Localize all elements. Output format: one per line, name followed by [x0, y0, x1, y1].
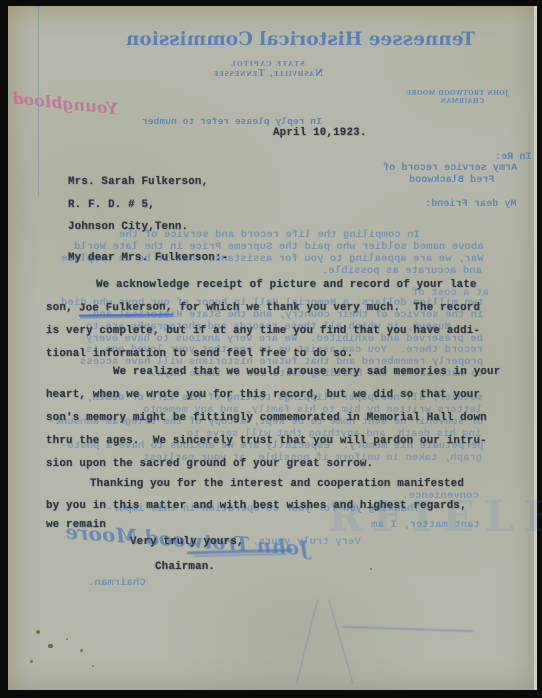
body-line: we remain	[46, 519, 106, 531]
recipient-city: Johnson City,Tenn.	[68, 221, 188, 233]
stain-spot	[48, 644, 53, 648]
body-line-underlined: son, Joe Fulkerson, for which we thank y…	[46, 302, 480, 316]
body-line: by you in this matter and with best wish…	[46, 500, 467, 512]
closing-line: Very truly yours,	[130, 536, 244, 548]
signature-title: Chairman.	[155, 561, 215, 573]
body-line: tional information to send feel free to …	[46, 348, 353, 360]
faint-stamp-letters: RFIELB	[328, 511, 542, 523]
pencil-dash-line	[343, 626, 473, 633]
body-line: We realized that we would arouse very sa…	[113, 366, 500, 378]
body-line: Thanking you for the interest and cooper…	[90, 478, 464, 490]
body-line: sion upon the sacred ground of your grea…	[46, 458, 373, 470]
ghost-in-re-record: Army service record of	[383, 163, 517, 175]
letterhead-city: Nashville, Tennessee	[213, 68, 323, 80]
stain-spot	[30, 660, 33, 663]
stain-spot	[66, 638, 68, 640]
scan-background: Tennessee Historical CommissionSTATE CAP…	[0, 0, 542, 698]
hand-underline: Joe Fulkerson,	[79, 301, 173, 316]
stain-spot	[80, 649, 83, 652]
stain-spot	[92, 665, 94, 667]
recipient-address: R. F. D. # 5,	[68, 199, 155, 211]
crease-line	[328, 599, 354, 684]
body-line: We acknowledge receipt of picture and re…	[96, 279, 477, 291]
letterhead-chairman-title: CHAIRMAN	[440, 96, 484, 108]
red-pencil-annotation: Youngblood	[12, 92, 119, 115]
body-line: son's memory might be fittingly commemor…	[46, 412, 487, 424]
letter-paper: Tennessee Historical CommissionSTATE CAP…	[8, 6, 537, 690]
salutation-line: My dear Mrs. Fulkerson:-	[68, 252, 228, 264]
body-line: heart, when we wrote you for this record…	[46, 389, 480, 401]
letterhead-org-name: Tennessee Historical Commission	[126, 34, 475, 46]
ghost-line: and accurate as possible.	[322, 265, 482, 277]
date-line: April 10,1923.	[273, 127, 367, 139]
ghost-in-re-name: Fred Blackwood	[409, 175, 494, 187]
ghost-chairman: Chairman.	[88, 577, 146, 589]
body-line: thru the ages. We sincerely trust that y…	[46, 435, 487, 447]
ghost-salutation: My dear Friend:	[425, 199, 517, 211]
stain-spot	[36, 630, 40, 634]
stain-spot	[370, 568, 372, 570]
recipient-name: Mrs. Sarah Fulkerson,	[68, 176, 208, 188]
body-line: is very complete, but if at any time you…	[46, 325, 480, 337]
crease-line	[295, 599, 318, 685]
